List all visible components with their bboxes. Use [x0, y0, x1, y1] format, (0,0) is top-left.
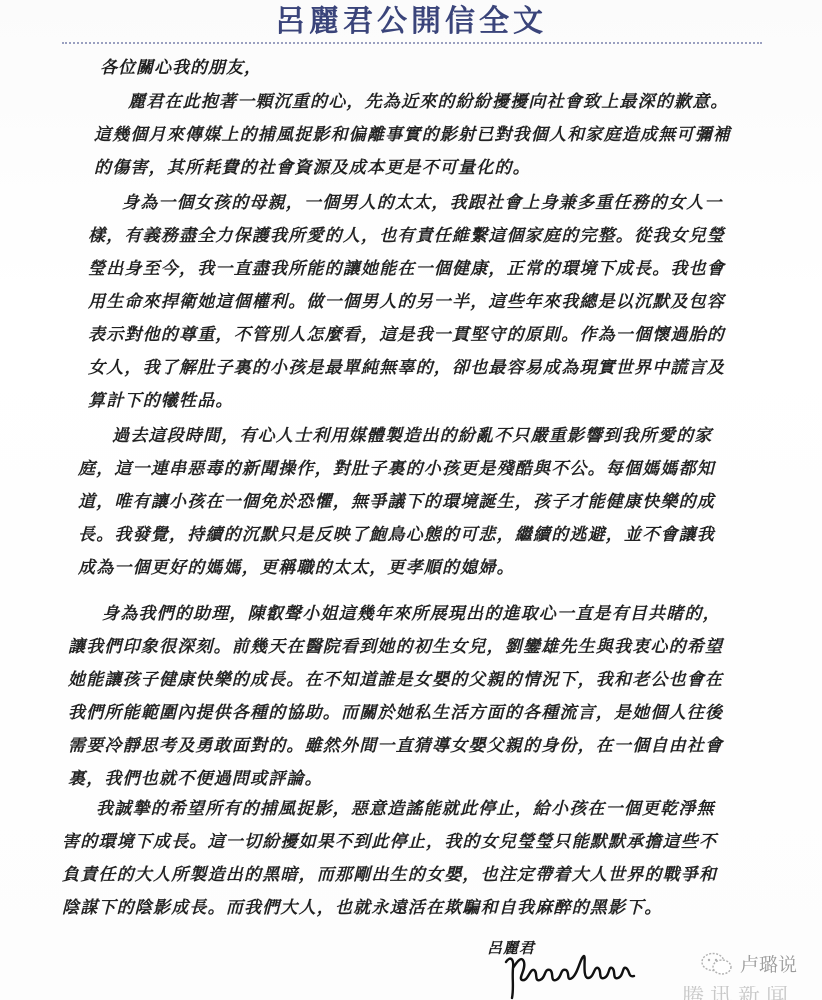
paragraph-line: 過去這段時間，有心人士利用媒體製造出的紛亂不只嚴重影響到我所愛的家 — [78, 420, 768, 453]
paragraph-line: 成為一個更好的媽媽，更稱職的太太，更孝順的媳婦。 — [78, 552, 768, 585]
watermark-bottom-text: 腾讯新闻 — [682, 986, 794, 1000]
paragraph-5: 我誠摯的希望所有的捕風捉影，惡意造謠能就此停止，給小孩在一個更乾淨無 害的環境下… — [62, 793, 767, 925]
paragraph-line: 長。我發覺，持續的沉默只是反映了鮑鳥心態的可悲，繼續的逃避，並不會讓我 — [78, 519, 768, 552]
paragraph-line: 我們所能範圍內提供各種的協助。而關於她私生活方面的各種流言，是她個人往後 — [68, 697, 768, 730]
paragraph-line: 女人，我了解肚子裏的小孩是最單純無辜的，卻也最容易成為現實世界中謊言及 — [88, 352, 768, 385]
paragraph-line: 庭，這一連串惡毒的新聞操作，對肚子裏的小孩更是殘酷與不公。每個媽媽都知 — [78, 453, 768, 486]
paragraph-line: 的傷害，其所耗費的社會資源及成本更是不可量化的。 — [94, 152, 764, 185]
watermark-label: 卢璐说 — [740, 950, 797, 977]
paragraph-line: 需要冷靜思考及勇敢面對的。雖然外間一直猜導女嬰父親的身份，在一個自由社會 — [68, 730, 768, 763]
paragraph-line: 用生命來捍衛她這個權利。做一個男人的另一半，這些年來我總是以沉默及包容 — [88, 286, 768, 319]
paragraph-line: 身為一個女孩的母親，一個男人的太太，我跟社會上身兼多重任務的女人一 — [88, 187, 768, 220]
letter-greeting: 各位關心我的朋友， — [100, 52, 262, 84]
paragraph-line: 這幾個月來傳媒上的捕風捉影和偏離事實的影射已對我個人和家庭造成無可彌補 — [94, 119, 764, 152]
paragraph-line: 表示對他的尊重，不管別人怎麼看，這是我一貫堅守的原則。作為一個懷過胎的 — [88, 319, 768, 352]
paragraph-line: 讓我們印象很深刻。前幾天在醫院看到她的初生女兒，劉鑾雄先生與我衷心的希望 — [68, 631, 768, 664]
title-divider — [62, 42, 762, 44]
paragraph-line: 害的環境下成長。這一切紛擾如果不到此停止，我的女兒瑩瑩只能默默承擔這些不 — [62, 826, 767, 859]
paragraph-line: 麗君在此抱著一顆沉重的心，先為近來的紛紛擾擾向社會致上最深的歉意。 — [94, 86, 764, 119]
paragraph-1: 麗君在此抱著一顆沉重的心，先為近來的紛紛擾擾向社會致上最深的歉意。 這幾個月來傳… — [94, 86, 764, 185]
letter-title: 呂麗君公開信全文 — [0, 2, 822, 42]
paragraph-line: 算計下的犧牲品。 — [88, 385, 768, 418]
paragraph-line: 我誠摯的希望所有的捕風捉影，惡意造謠能就此停止，給小孩在一個更乾淨無 — [62, 793, 767, 826]
paragraph-line: 瑩出身至今，我一直盡我所能的讓她能在一個健康，正常的環境下成長。我也會 — [88, 253, 768, 286]
paragraph-line: 陰謀下的陰影成長。而我們大人，也就永遠活在欺騙和自我麻醉的黑影下。 — [62, 892, 767, 925]
letter-page: 呂麗君公開信全文 各位關心我的朋友， 麗君在此抱著一顆沉重的心，先為近來的紛紛擾… — [0, 0, 822, 1000]
paragraph-3: 過去這段時間，有心人士利用媒體製造出的紛亂不只嚴重影響到我所愛的家 庭，這一連串… — [78, 420, 768, 585]
paragraph-line: 負責任的大人所製造出的黑暗，而那剛出生的女嬰，也注定帶着大人世界的戰爭和 — [62, 859, 767, 892]
watermark: 卢璐说 — [700, 950, 797, 977]
handwritten-signature — [500, 948, 650, 1000]
wechat-icon — [700, 951, 734, 977]
paragraph-line: 樣，有義務盡全力保護我所愛的人，也有責任維繫這個家庭的完整。從我女兒瑩 — [88, 220, 768, 253]
paragraph-line: 道，唯有讓小孩在一個免於恐懼，無爭議下的環境誕生，孩子才能健康快樂的成 — [78, 486, 768, 519]
paragraph-line: 身為我們的助理，陳叡聲小姐這幾年來所展現出的進取心一直是有目共睹的， — [68, 598, 768, 631]
paragraph-4: 身為我們的助理，陳叡聲小姐這幾年來所展現出的進取心一直是有目共睹的， 讓我們印象… — [68, 598, 768, 796]
paragraph-2: 身為一個女孩的母親，一個男人的太太，我跟社會上身兼多重任務的女人一 樣，有義務盡… — [88, 187, 768, 418]
paragraph-line: 她能讓孩子健康快樂的成長。在不知道誰是女嬰的父親的情況下，我和老公也會在 — [68, 664, 768, 697]
paragraph-line: 裏，我們也就不便過問或評論。 — [68, 763, 768, 796]
